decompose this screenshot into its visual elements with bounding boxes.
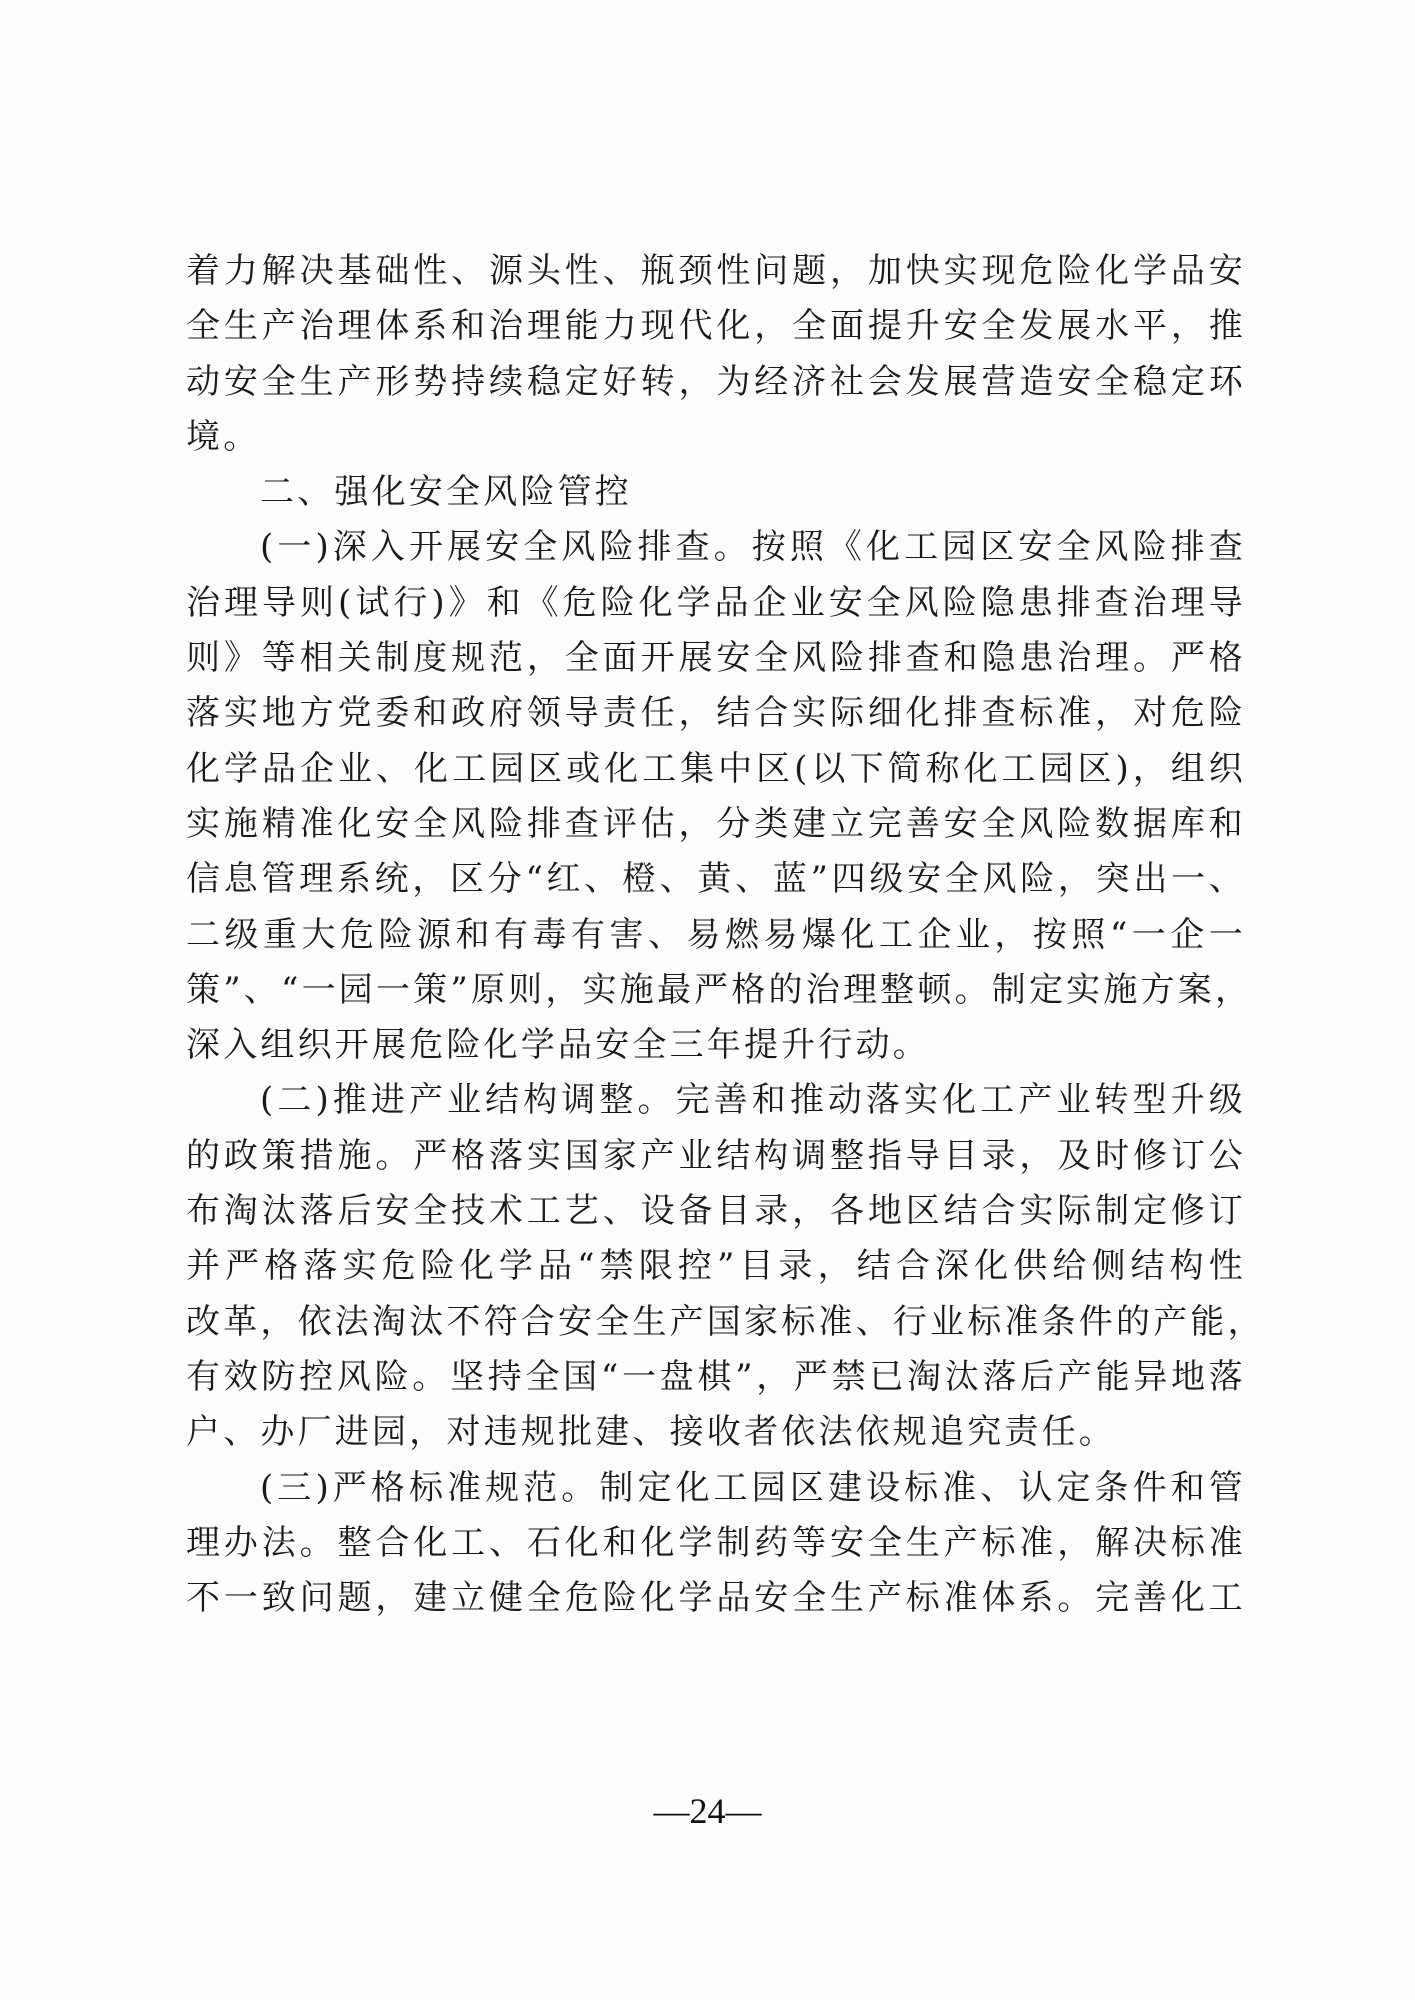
text-line: 信息管理系统，区分“红、橙、黄、蓝”四级安全风险，突出一、 <box>186 852 1246 907</box>
text-line: 全生产治理体系和治理能力现代化，全面提升安全发展水平，推 <box>186 299 1246 354</box>
text-line: 实施精准化安全风险排查评估，分类建立完善安全风险数据库和 <box>186 797 1246 852</box>
text-line: 改革，依法淘汰不符合安全生产国家标准、行业标准条件的产能， <box>186 1295 1246 1350</box>
text-line: 策”、“一园一策”原则，实施最严格的治理整顿。制定实施方案， <box>186 963 1246 1018</box>
text-line: 并严格落实危险化学品“禁限控”目录，结合深化供给侧结构性 <box>186 1239 1246 1294</box>
text-line: 布淘汰落后安全技术工艺、设备目录，各地区结合实际制定修订 <box>186 1184 1246 1239</box>
document-page: 着力解决基础性、源头性、瓶颈性问题，加快实现危险化学品安 全生产治理体系和治理能… <box>0 0 1415 2000</box>
text-line: 动安全生产形势持续稳定好转，为经济社会发展营造安全稳定环 <box>186 355 1246 410</box>
text-line: 治理导则(试行)》和《危险化学品企业安全风险隐患排查治理导 <box>186 576 1246 631</box>
text-line: 化学品企业、化工园区或化工集中区(以下简称化工园区)，组织 <box>186 742 1246 797</box>
text-line: 的政策措施。严格落实国家产业结构调整指导目录，及时修订公 <box>186 1129 1246 1184</box>
paragraph-first-line: (二)推进产业结构调整。完善和推动落实化工产业转型升级 <box>186 1073 1246 1128</box>
paragraph-first-line: (三)严格标准规范。制定化工园区建设标准、认定条件和管 <box>186 1461 1246 1516</box>
paragraph-first-line: (一)深入开展安全风险排查。按照《化工园区安全风险排查 <box>186 520 1246 575</box>
text-line: 着力解决基础性、源头性、瓶颈性问题，加快实现危险化学品安 <box>186 244 1246 299</box>
text-line: 则》等相关制度规范，全面开展安全风险排查和隐患治理。严格 <box>186 631 1246 686</box>
text-line: 理办法。整合化工、石化和化学制药等安全生产标准，解决标准 <box>186 1516 1246 1571</box>
text-line: 不一致问题，建立健全危险化学品安全生产标准体系。完善化工 <box>186 1571 1246 1626</box>
text-line: 境。 <box>186 410 1246 465</box>
text-line: 深入组织开展危险化学品安全三年提升行动。 <box>186 1018 1246 1073</box>
text-line: 有效防控风险。坚持全国“一盘棋”，严禁已淘汰落后产能异地落 <box>186 1350 1246 1405</box>
document-body: 着力解决基础性、源头性、瓶颈性问题，加快实现危险化学品安 全生产治理体系和治理能… <box>186 244 1246 1626</box>
text-line: 户、办厂进园，对违规批建、接收者依法依规追究责任。 <box>186 1405 1246 1460</box>
section-heading: 二、强化安全风险管控 <box>186 465 1246 520</box>
text-line: 落实地方党委和政府领导责任，结合实际细化排查标准，对危险 <box>186 686 1246 741</box>
page-number: —24— <box>0 1790 1415 1832</box>
text-line: 二级重大危险源和有毒有害、易燃易爆化工企业，按照“一企一 <box>186 908 1246 963</box>
